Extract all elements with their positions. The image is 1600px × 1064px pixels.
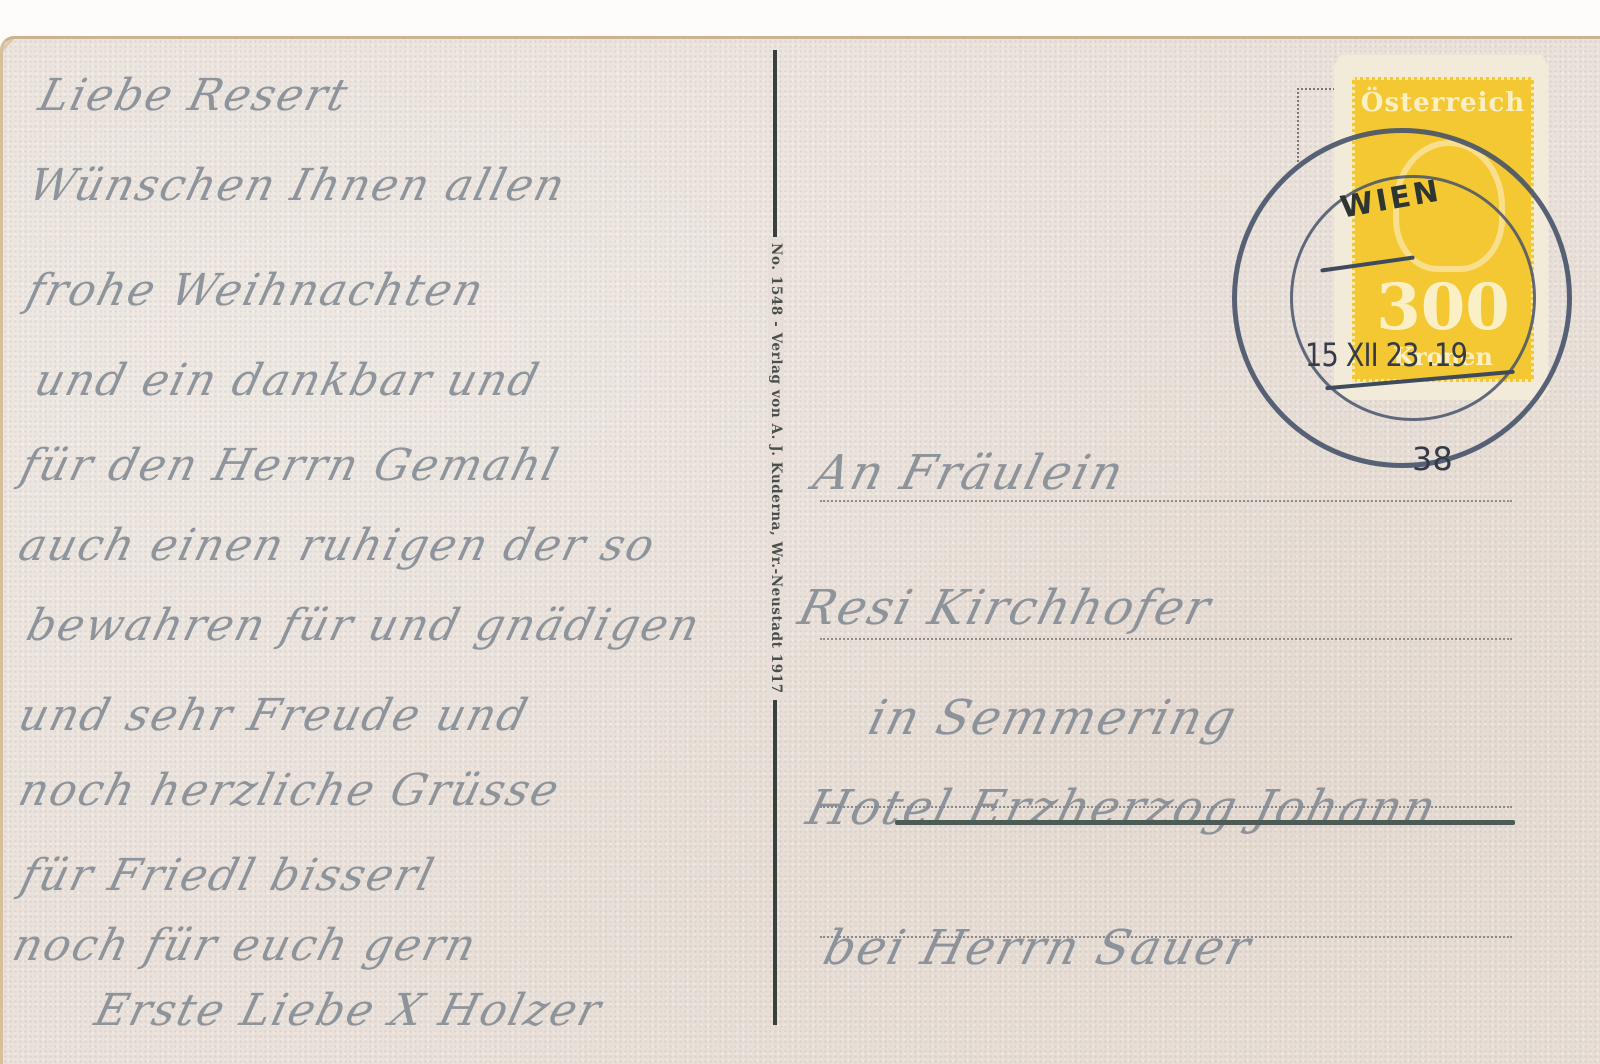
- message-line: bewahren für und gnädigen: [22, 600, 707, 651]
- message-line: für den Herrn Gemahl: [16, 440, 565, 491]
- message-line: auch einen ruhigen der so: [14, 520, 662, 571]
- address-line: Resi Kirchhofer: [793, 580, 1218, 636]
- message-line: für Friedl bisserl: [16, 850, 441, 901]
- postmark-office-number: 38: [1412, 440, 1453, 478]
- address-dotted-line: [820, 638, 1512, 640]
- message-line: noch herzliche Grüsse: [14, 765, 566, 816]
- message-line: und ein dankbar und: [30, 355, 546, 406]
- strikethrough-line: [895, 820, 1515, 825]
- stamp-country: Österreich: [1355, 88, 1531, 118]
- postmark-date: 15 XII 23 .19: [1305, 336, 1467, 374]
- signature-line: Erste Liebe X Holzer: [90, 985, 608, 1036]
- message-line: und sehr Freude und: [14, 690, 534, 741]
- publisher-imprint: No. 1548 - Verlag von A. J. Kuderna, Wr.…: [768, 237, 784, 700]
- message-line: frohe Weihnachten: [22, 265, 491, 316]
- address-line: in Semmering: [863, 690, 1243, 746]
- paper-crease: [0, 36, 101, 62]
- address-line: bei Herrn Sauer: [818, 920, 1258, 976]
- message-line: Liebe Resert: [34, 70, 355, 121]
- address-line: An Fräulein: [808, 445, 1131, 501]
- message-line: Wünschen Ihnen allen: [24, 160, 572, 211]
- message-line: noch für euch gern: [8, 920, 483, 971]
- address-line: Hotel Erzherzog Johann: [801, 780, 1443, 836]
